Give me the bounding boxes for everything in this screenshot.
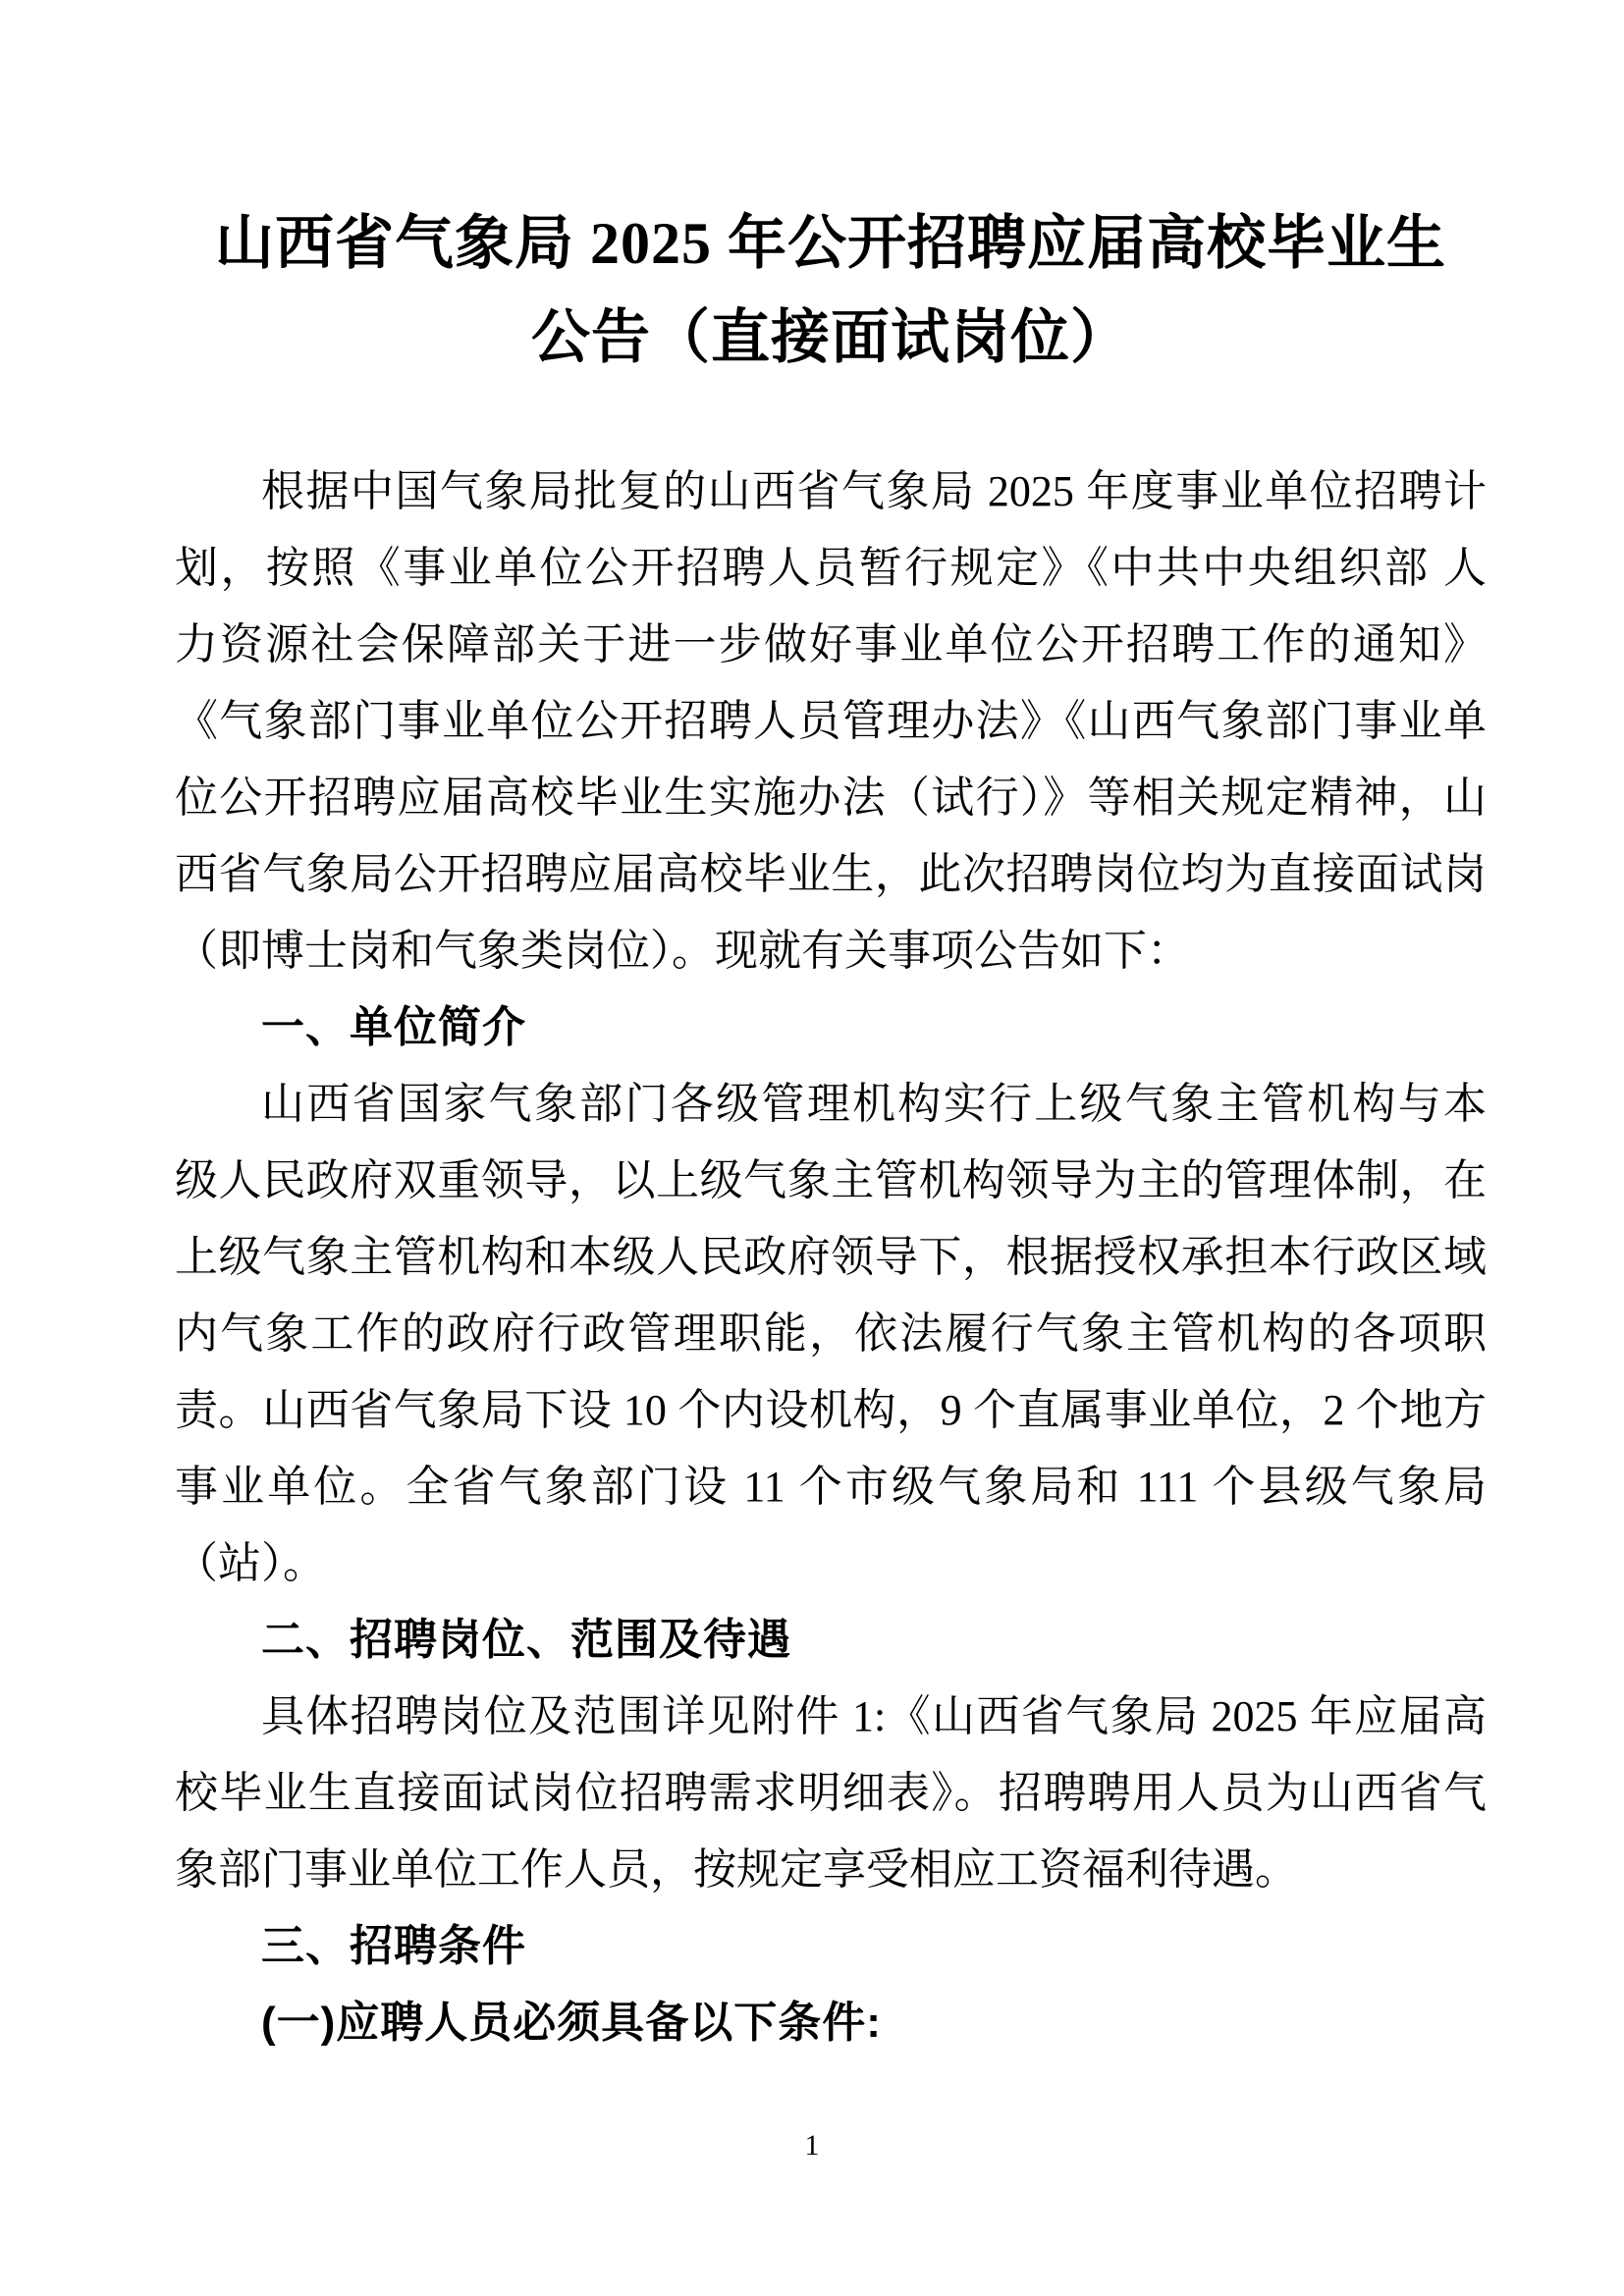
section3-heading: 三、招聘条件 (175, 1908, 1487, 1985)
section1-line: 事业单位。全省气象部门设 11 个市级气象局和 111 个县级气象局 (175, 1449, 1487, 1525)
document-title-line-2: 公告（直接面试岗位） (175, 291, 1487, 385)
section2-line: 校毕业生直接面试岗位招聘需求明细表》。招聘聘用人员为山西省气 (175, 1755, 1487, 1832)
section2-paragraph: 具体招聘岗位及范围详见附件 1:《山西省气象局 2025 年应届高 校毕业生直接… (175, 1679, 1487, 1908)
intro-paragraph: 根据中国气象局批复的山西省气象局 2025 年度事业单位招聘计 划，按照《事业单… (175, 454, 1487, 989)
intro-line: （即博士岗和气象类岗位）。现就有关事项公告如下： (175, 913, 1487, 989)
section1-line: （站）。 (175, 1525, 1487, 1602)
section1-line: 山西省国家气象部门各级管理机构实行上级气象主管机构与本 (175, 1066, 1487, 1143)
section2-line: 具体招聘岗位及范围详见附件 1:《山西省气象局 2025 年应届高 (175, 1679, 1487, 1755)
document-title-line-1: 山西省气象局 2025 年公开招聘应届高校毕业生 (175, 196, 1487, 291)
document-content: 山西省气象局 2025 年公开招聘应届高校毕业生 公告（直接面试岗位） 根据中国… (175, 196, 1487, 2061)
document-page: 山西省气象局 2025 年公开招聘应届高校毕业生 公告（直接面试岗位） 根据中国… (0, 0, 1624, 2296)
page-number: 1 (0, 2128, 1624, 2163)
intro-line: 《气象部门事业单位公开招聘人员管理办法》《山西气象部门事业单 (175, 683, 1487, 760)
section2-heading: 二、招聘岗位、范围及待遇 (175, 1602, 1487, 1679)
document-title: 山西省气象局 2025 年公开招聘应届高校毕业生 公告（直接面试岗位） (175, 196, 1487, 385)
section2-line: 象部门事业单位工作人员，按规定享受相应工资福利待遇。 (175, 1832, 1487, 1908)
intro-line: 根据中国气象局批复的山西省气象局 2025 年度事业单位招聘计 (175, 454, 1487, 530)
intro-line: 力资源社会保障部关于进一步做好事业单位公开招聘工作的通知》 (175, 607, 1487, 683)
section1-line: 上级气象主管机构和本级人民政府领导下，根据授权承担本行政区域 (175, 1219, 1487, 1296)
intro-line: 位公开招聘应届高校毕业生实施办法（试行）》等相关规定精神，山 (175, 760, 1487, 836)
intro-line: 西省气象局公开招聘应届高校毕业生，此次招聘岗位均为直接面试岗 (175, 836, 1487, 913)
section1-line: 责。山西省气象局下设 10 个内设机构，9 个直属事业单位，2 个地方 (175, 1372, 1487, 1449)
intro-line: 划，按照《事业单位公开招聘人员暂行规定》《中共中央组织部 人 (175, 530, 1487, 607)
section1-line: 级人民政府双重领导，以上级气象主管机构领导为主的管理体制，在 (175, 1143, 1487, 1219)
section1-paragraph: 山西省国家气象部门各级管理机构实行上级气象主管机构与本 级人民政府双重领导，以上… (175, 1066, 1487, 1602)
section1-heading: 一、单位简介 (175, 989, 1487, 1066)
section1-line: 内气象工作的政府行政管理职能，依法履行气象主管机构的各项职 (175, 1296, 1487, 1372)
section3-subheading: (一)应聘人员必须具备以下条件: (175, 1985, 1487, 2061)
